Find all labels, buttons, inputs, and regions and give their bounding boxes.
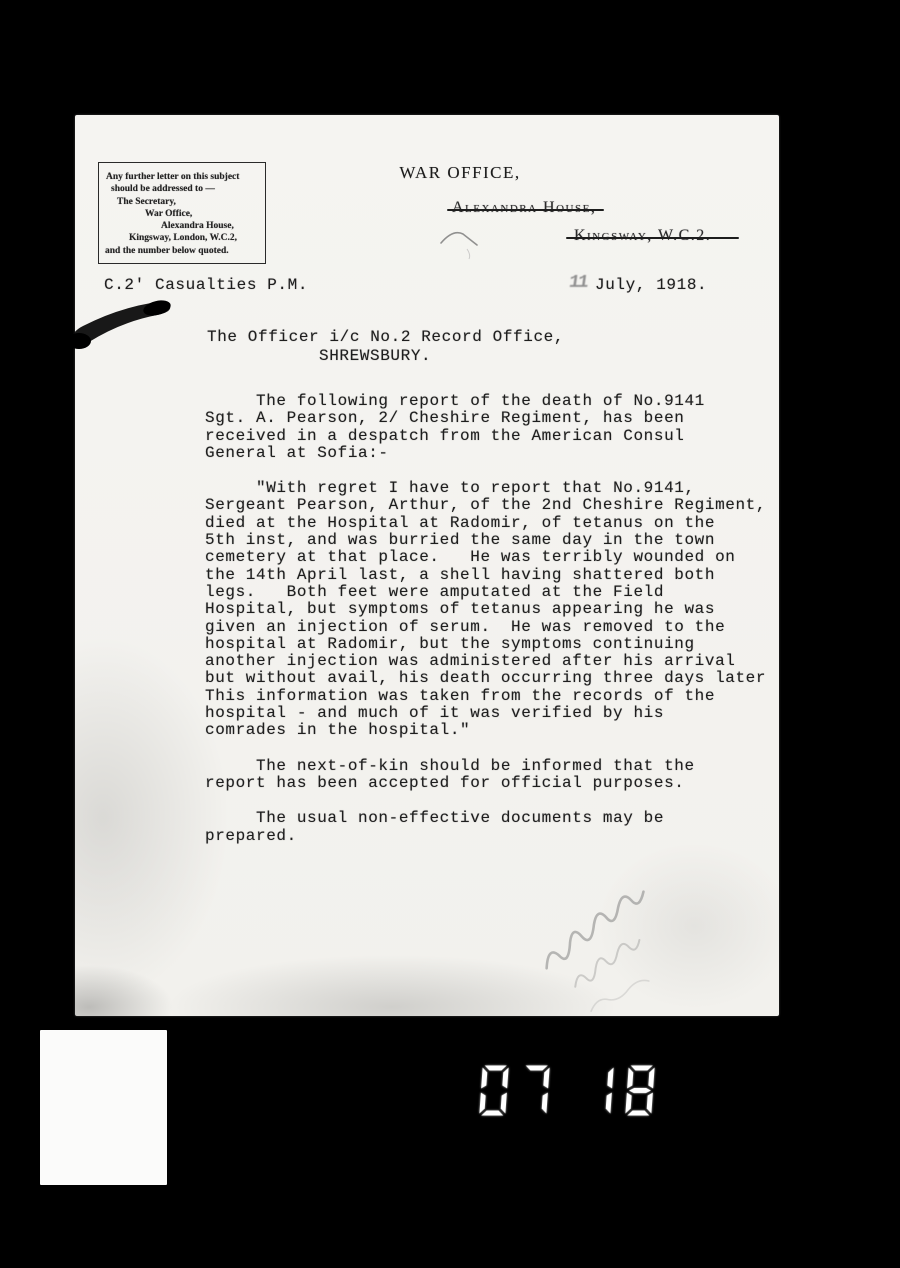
ink-blot: [71, 293, 181, 353]
frame-counter: [478, 1064, 669, 1117]
war-office-title: WAR OFFICE,: [365, 163, 555, 183]
paragraph: The usual non-effective documents may be…: [205, 810, 791, 845]
address-box: Any further letter on this subject shoul…: [98, 162, 266, 264]
pencil-mark: [437, 221, 507, 261]
strikethrough-line: [566, 237, 739, 239]
seven-segment-digit: [478, 1064, 510, 1117]
document-page: Any further letter on this subject shoul…: [75, 115, 779, 1016]
handwritten-annotation: [513, 850, 793, 1030]
address-box-line: War Office,: [99, 208, 265, 220]
address-box-line: Any further letter on this subject: [99, 171, 265, 183]
date-text: July, 1918.: [595, 276, 707, 294]
struck-address-text: Kingsway, W.C.2.: [574, 227, 711, 244]
struck-address-line-2: Kingsway, W.C.2.: [574, 227, 711, 245]
struck-address-text: Alexandra House,: [452, 199, 596, 216]
seven-segment-digit: [583, 1064, 615, 1117]
paragraph: The following report of the death of No.…: [205, 393, 791, 462]
photo-background: Any further letter on this subject shoul…: [0, 0, 900, 1268]
paragraph: "With regret I have to report that No.91…: [205, 480, 791, 739]
address-box-line: The Secretary,: [99, 196, 265, 208]
address-box-line: and the number below quoted.: [99, 245, 265, 257]
paragraph: The next-of-kin should be informed that …: [205, 758, 791, 793]
seven-segment-digit: [624, 1064, 656, 1117]
address-box-line: should be addressed to —: [99, 183, 265, 195]
struck-address-line-1: Alexandra House,: [452, 199, 596, 217]
strikethrough-line: [447, 209, 604, 211]
addressee-line-2: SHREWSBURY.: [207, 347, 564, 366]
addressee-line-1: The Officer i/c No.2 Record Office,: [207, 328, 564, 347]
addressee-block: The Officer i/c No.2 Record Office, SHRE…: [207, 328, 564, 366]
letter-body: The following report of the death of No.…: [205, 393, 791, 863]
address-box-line: Kingsway, London, W.C.2,: [99, 232, 265, 244]
blank-card: [40, 1030, 167, 1185]
seven-segment-digit: [519, 1064, 551, 1117]
reference-number: C.2' Casualties P.M.: [104, 276, 308, 294]
date-stamp-day: 11: [568, 273, 588, 293]
address-box-line: Alexandra House,: [99, 220, 265, 232]
